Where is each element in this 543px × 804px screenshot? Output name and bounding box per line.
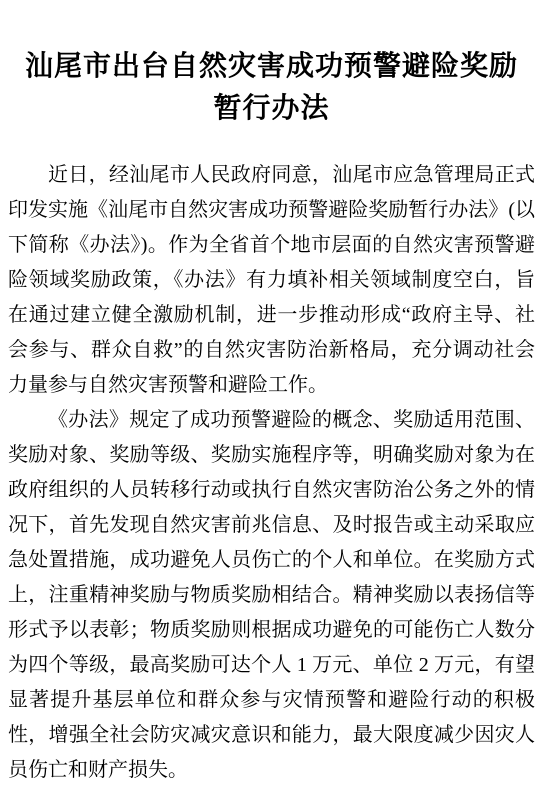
document-title: 汕尾市出台自然灾害成功预警避险奖励 暂行办法 — [0, 46, 543, 130]
paragraph-intro: 近日，经汕尾市人民政府同意，汕尾市应急管理局正式印发实施《汕尾市自然灾害成功预警… — [8, 158, 535, 403]
document-title-line-2: 暂行办法 — [213, 93, 329, 124]
paragraph-details: 《办法》规定了成功预警避险的概念、奖励适用范围、奖励对象、奖励等级、奖励实施程序… — [8, 403, 535, 788]
document-page: 汕尾市出台自然灾害成功预警避险奖励 暂行办法 近日，经汕尾市人民政府同意，汕尾市… — [0, 0, 543, 804]
document-body: 近日，经汕尾市人民政府同意，汕尾市应急管理局正式印发实施《汕尾市自然灾害成功预警… — [0, 158, 543, 788]
document-title-line-1: 汕尾市出台自然灾害成功预警避险奖励 — [25, 51, 518, 82]
